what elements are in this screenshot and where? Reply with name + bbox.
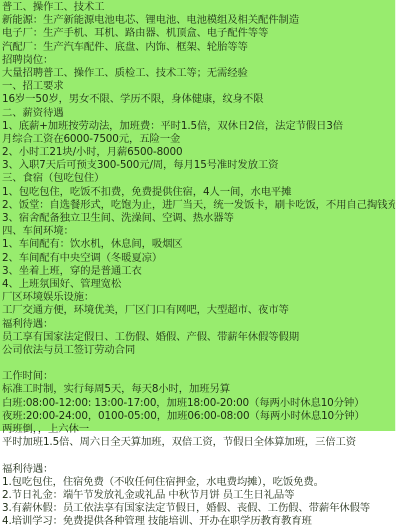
text-line: 1、包吃包住，吃饭不扣费，免费提供住宿，4人一间，水电平摊 [2,186,395,199]
section-heading: 招聘岗位： [2,54,395,67]
section-heading: 工作时间： [2,370,395,383]
section-heading: 四、车间环境： [2,225,395,238]
text-line: 2、车间配有中央空调（冬暖夏凉） [2,252,395,265]
section-heading: 福利待遇： [2,318,395,331]
text-line: 月综合工资在6000-7500元，五险一金 [2,133,395,146]
text-line: 白班:08:00-12:00: 13:00-17:00，加班18:00-20:0… [2,397,395,410]
section-heading: 二、薪资待遇 [2,107,395,120]
text-line: 夜班:20:00-24:00，0100-05:00，加班06:00-08:00（… [2,410,395,423]
text-line: 汽配厂：生产汽车配件、底盘、内饰、框架、轮胎等等 [2,41,395,54]
text-line: 员工享有国家法定假日、工伤假、婚假、产假、带薪年休假等假期 [2,331,395,344]
text-line: 两班倒，，上六休一 [2,423,395,431]
section-heading: 一、招工要求 [2,80,395,93]
text-line: 3、入职7天后可预支300-500元/周，每月15号准时发放工资 [2,159,395,172]
text-line: 大量招聘普工、操作工、质检工、技术工等；无需经验 [2,67,395,80]
text-line: 2、小时工21块/小时，月薪6500-8000 [2,146,395,159]
text-line: 1、车间配有：饮水机，休息间，吸烟区 [2,238,395,251]
text-line: 标准工时制，实行每周5天，每天8小时，加班另算 [2,383,395,396]
text-line: 普工、操作工、技术工 [2,1,395,14]
text-line: 4、上班氛围好、管理宽松 [2,278,395,291]
blank-line [2,357,395,370]
recruitment-notice-panel: 普工、操作工、技术工 新能源：生产新能源电池电芯、锂电池、电池模组及相关配件制造… [0,0,396,431]
text-line: 工厂交通方便，环境优美，厂区门口有网吧，大型超市、夜市等 [2,304,395,317]
text-line: 3、宿舍配备独立卫生间、洗澡间、空调、热水器等 [2,212,395,225]
section-heading: 厂区环境娱乐设施： [2,291,395,304]
text-line: 2、饭堂：自选餐形式，吃饱为止，进厂当天，统一发饭卡，刷卡吃饭，不用自己掏钱充值… [2,199,395,212]
text-line: 新能源：生产新能源电池电芯、锂电池、电池模组及相关配件制造 [2,14,395,27]
text-line: 16岁一50岁，男女不限、学历不限，身体健康，纹身不限 [2,93,395,106]
text-line: 1、底薪+加班按劳动法，加班费：平时1.5倍，双休日2倍，法定节假日3倍 [2,120,395,133]
text-line: 3、坐着上班，穿的是普通工衣 [2,265,395,278]
section-heading: 三、食宿（包吃包住） [2,172,395,185]
text-line: 电子厂：生产手机、耳机、路由器、机顶盒、电子配件等等 [2,27,395,40]
text-line: 公司依法与员工签订劳动合同 [2,344,395,357]
